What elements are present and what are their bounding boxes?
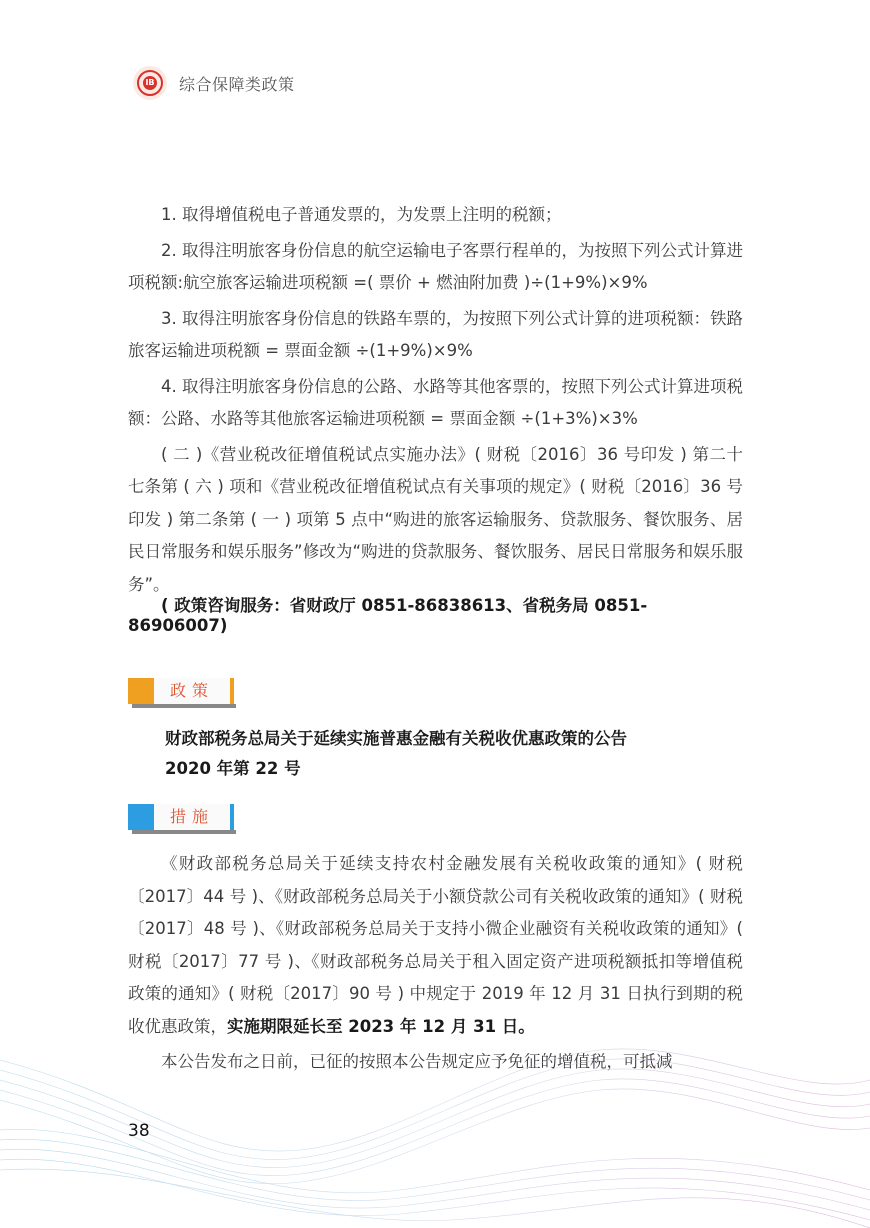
tag-block-icon bbox=[128, 804, 154, 830]
tag-block-icon bbox=[128, 678, 154, 704]
policy-title-line1: 财政部税务总局关于延续实施普惠金融有关税收优惠政策的公告 bbox=[165, 724, 627, 754]
extension-highlight: 实施期限延长至 2023 年 12 月 31 日。 bbox=[227, 1017, 535, 1036]
page-number: 38 bbox=[128, 1121, 150, 1141]
item-2: 2. 取得注明旅客身份信息的航空运输电子客票行程单的，为按照下列公式计算进项税额… bbox=[128, 235, 743, 300]
policy-title: 财政部税务总局关于延续实施普惠金融有关税收优惠政策的公告 2020 年第 22 … bbox=[165, 724, 627, 784]
page-header: IB 综合保障类政策 bbox=[133, 66, 295, 100]
tax-bureau-emblem-icon: IB bbox=[133, 66, 167, 100]
policy-tag-label: 政策 bbox=[154, 678, 230, 704]
measure-tag: 措施 bbox=[128, 804, 236, 834]
policy-tag: 政策 bbox=[128, 678, 236, 708]
item-4: 4. 取得注明旅客身份信息的公路、水路等其他客票的，按照下列公式计算进项税额：公… bbox=[128, 371, 743, 436]
measure-paragraph: 《财政部税务总局关于延续支持农村金融发展有关税收政策的通知》( 财税〔2017〕… bbox=[128, 848, 743, 1043]
body-text-upper: 1. 取得增值税电子普通发票的，为发票上注明的税额； 2. 取得注明旅客身份信息… bbox=[128, 199, 743, 604]
item-3: 3. 取得注明旅客身份信息的铁路车票的，为按照下列公式计算的进项税额：铁路旅客运… bbox=[128, 303, 743, 368]
item-1: 1. 取得增值税电子普通发票的，为发票上注明的税额； bbox=[128, 199, 743, 232]
item-amendment: ( 二 )《营业税改征增值税试点实施办法》( 财税〔2016〕36 号印发 ) … bbox=[128, 439, 743, 602]
policy-title-line2: 2020 年第 22 号 bbox=[165, 754, 627, 784]
section-title: 综合保障类政策 bbox=[179, 72, 295, 95]
measure-tag-label: 措施 bbox=[154, 804, 230, 830]
contact-line: ( 政策咨询服务：省财政厅 0851-86838613、省税务局 0851-86… bbox=[128, 592, 743, 635]
